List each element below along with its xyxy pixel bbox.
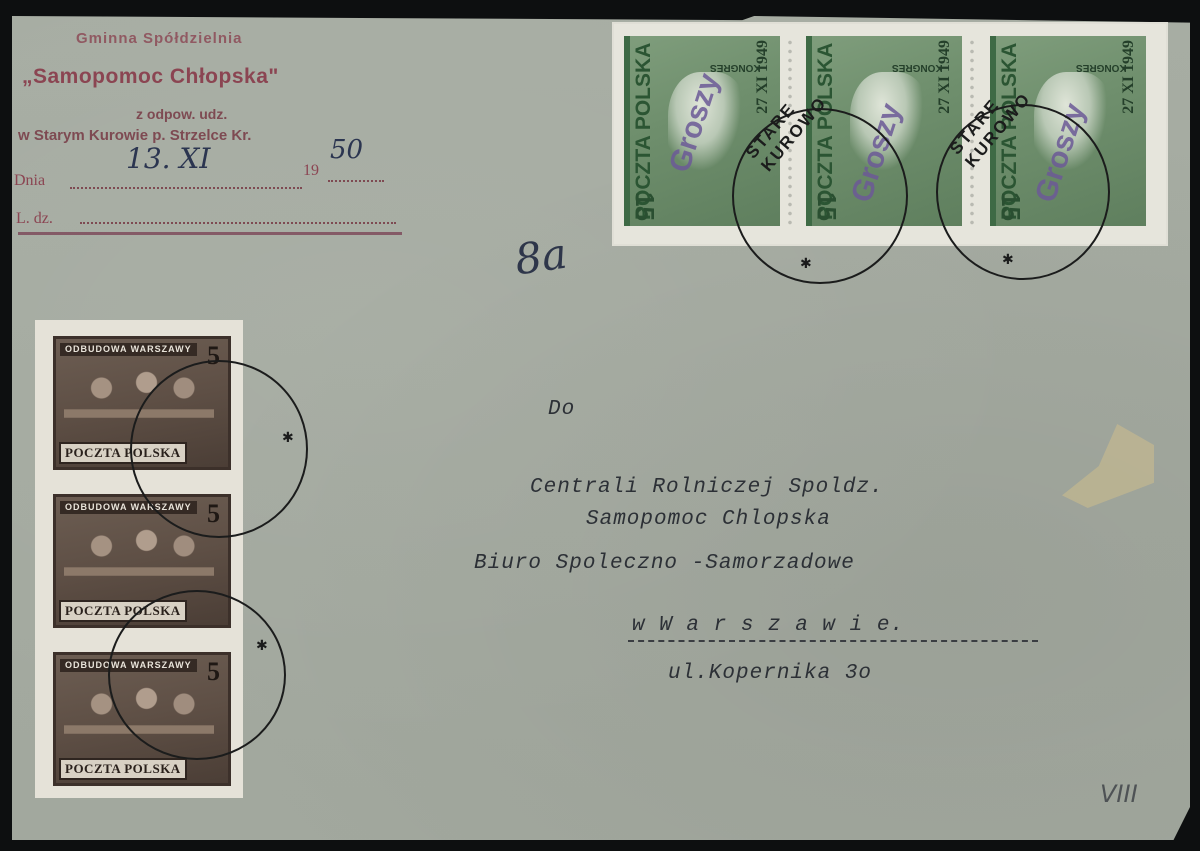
star-icon: ✱ (800, 256, 812, 273)
recipient-line-1: Centrali Rolniczej Spoldz. (530, 476, 884, 499)
ldz-underline (18, 232, 402, 235)
sender-line-2: „Samopomoc Chłopska" (22, 65, 279, 89)
sender-cachet: Gminna Spółdzielnia „Samopomoc Chłopska"… (18, 22, 402, 222)
recipient-line-2: Samopomoc Chlopska (586, 508, 831, 531)
stamp-date: 27 XI 1949 (1120, 40, 1142, 114)
handwritten-year: 50 (330, 135, 363, 165)
ldz-line (80, 222, 396, 224)
star-icon: ✱ (282, 430, 294, 447)
pencil-mark: VIII (1100, 780, 1138, 808)
stamp-caption: KONGRES (1076, 62, 1127, 73)
postmark-4: ✱ (108, 590, 286, 760)
year-line (328, 180, 384, 182)
star-icon: ✱ (256, 638, 268, 655)
star-icon: ✱ (1002, 252, 1014, 269)
stamp-caption: KONGRES (892, 62, 943, 73)
sender-line-3: z odpow. udz. (136, 106, 227, 122)
city-underline (628, 640, 1038, 642)
stamp-banner: ODBUDOWA WARSZAWY (60, 343, 197, 356)
year-prefix: 19 (303, 162, 319, 180)
stamp-value: 15 (629, 192, 660, 221)
sender-line-1: Gminna Spółdzielnia (76, 30, 243, 47)
dnia-label: Dnia (14, 172, 45, 190)
postmark-2: STARE KUROWO ✱ (936, 104, 1110, 280)
recipient-line-3: Biuro Spoleczno -Samorzadowe (474, 552, 855, 575)
recipient-street: ul.Kopernika 3o (668, 662, 872, 685)
stamp-date: 27 XI 1949 (936, 40, 958, 114)
recipient-city: w W a r s z a w i e. (632, 614, 904, 637)
handwritten-date-day: 13. XI (126, 142, 210, 175)
stamp-date: 27 XI 1949 (754, 40, 776, 114)
date-line (70, 187, 302, 189)
stamp-issuer: POCZTA POLSKA (59, 758, 187, 780)
ldz-label: L. dz. (16, 210, 53, 228)
recipient-to: Do (548, 398, 575, 421)
postmark-3: ✱ (130, 360, 308, 538)
stamp-illustration (64, 525, 214, 595)
postmark-1: STARE KUROWO ✱ (732, 108, 908, 284)
handwritten-note: 8a (512, 229, 570, 285)
stamp-caption: KONGRES (710, 62, 761, 73)
